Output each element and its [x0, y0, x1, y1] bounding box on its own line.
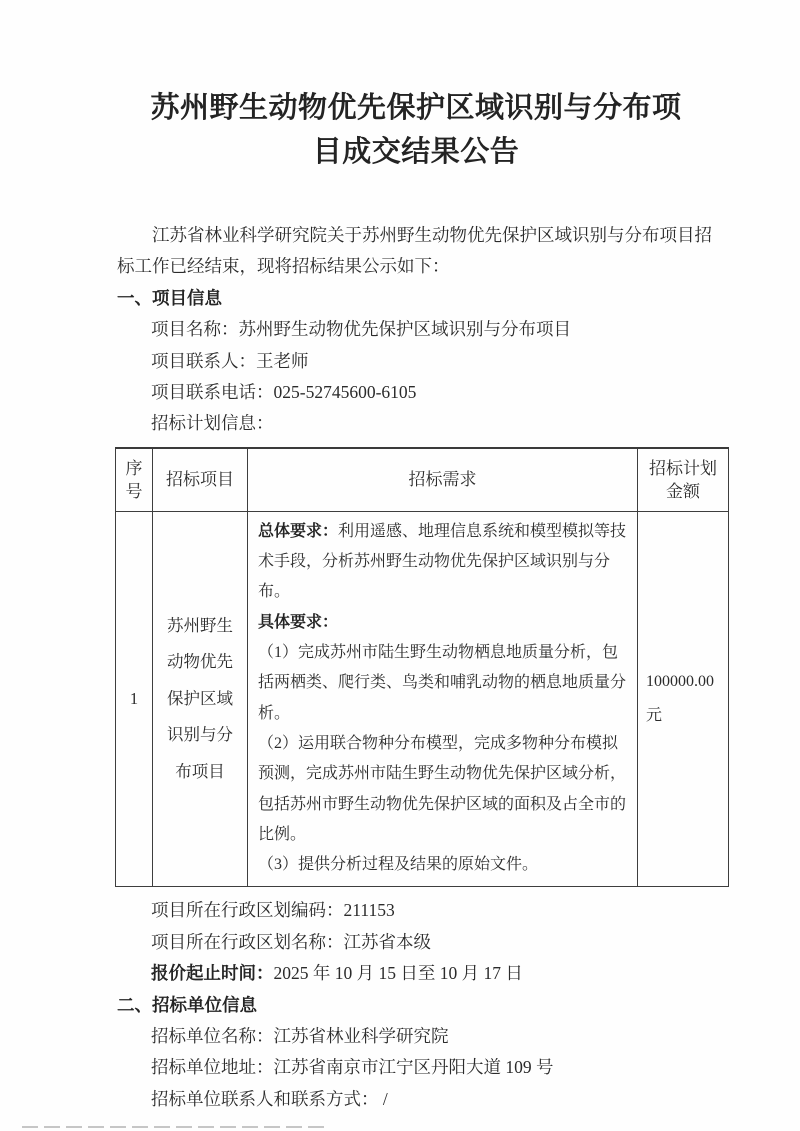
- table-header-amount: 招标计划金额: [638, 448, 729, 512]
- row-project-cell: 苏州野生动物优先保护区域识别与分布项目: [153, 511, 248, 887]
- bid-plan-table: 序号 招标项目 招标需求 招标计划金额 1 苏州野生动物优先保护区域识别与分布项…: [115, 447, 729, 888]
- scan-artifact-line: [22, 1126, 327, 1128]
- quote-deadline-line: 报价起止时间：2025 年 10 月 15 日至 10 月 17 日: [117, 958, 715, 989]
- table-header-row: 序号 招标项目 招标需求 招标计划金额: [116, 448, 729, 512]
- requirement-item-2: （2）运用联合物种分布模型，完成多物种分布模拟预测，完成苏州市陆生野生动物优先保…: [258, 729, 627, 850]
- requirement-general-label: 总体要求：: [258, 523, 338, 540]
- section1-heading: 一、项目信息: [117, 283, 715, 314]
- district-name-line: 项目所在行政区划名称：江苏省本级: [117, 927, 715, 958]
- requirement-specific-label: 具体要求：: [258, 614, 338, 631]
- table-header-seq: 序号: [116, 448, 153, 512]
- quote-deadline-text: 2025 年 10 月 15 日至 10 月 17 日: [274, 963, 523, 983]
- quote-deadline-label: 报价起止时间：: [151, 963, 274, 983]
- document-title: 苏州野生动物优先保护区域识别与分布项目成交结果公告: [149, 86, 683, 174]
- table-header-project: 招标项目: [153, 448, 248, 512]
- requirement-general: 总体要求：利用遥感、地理信息系统和模型模拟等技术手段，分析苏州野生动物优先保护区…: [258, 517, 627, 608]
- row-requirement-cell: 总体要求：利用遥感、地理信息系统和模型模拟等技术手段，分析苏州野生动物优先保护区…: [248, 511, 638, 887]
- row-amount-cell: 100000.00 元: [638, 511, 729, 887]
- org-name-line: 招标单位名称：江苏省林业科学研究院: [117, 1021, 715, 1052]
- org-contact-line: 招标单位联系人和联系方式： /: [117, 1084, 715, 1115]
- requirement-item-1: （1）完成苏州市陆生野生动物栖息地质量分析，包括两栖类、爬行类、鸟类和哺乳动物的…: [258, 638, 627, 729]
- project-phone-line: 项目联系电话：025-52745600-6105: [117, 377, 715, 408]
- table-row: 1 苏州野生动物优先保护区域识别与分布项目 总体要求：利用遥感、地理信息系统和模…: [116, 511, 729, 887]
- district-code-line: 项目所在行政区划编码：211153: [117, 895, 715, 926]
- requirement-item-3: （3）提供分析过程及结果的原始文件。: [258, 850, 627, 880]
- bid-plan-info-line: 招标计划信息：: [117, 408, 715, 439]
- intro-paragraph: 江苏省林业科学研究院关于苏州野生动物优先保护区域识别与分布项目招标工作已经结束，…: [117, 220, 715, 283]
- org-address-line: 招标单位地址：江苏省南京市江宁区丹阳大道 109 号: [117, 1052, 715, 1083]
- project-name-line: 项目名称：苏州野生动物优先保护区域识别与分布项目: [117, 314, 715, 345]
- section2-heading: 二、招标单位信息: [117, 990, 715, 1021]
- requirement-specific-label-line: 具体要求：: [258, 608, 627, 638]
- document-page: 苏州野生动物优先保护区域识别与分布项目成交结果公告 江苏省林业科学研究院关于苏州…: [0, 0, 800, 1131]
- row-seq-cell: 1: [116, 511, 153, 887]
- project-contact-line: 项目联系人：王老师: [117, 346, 715, 377]
- table-header-requirement: 招标需求: [248, 448, 638, 512]
- document-content: 苏州野生动物优先保护区域识别与分布项目成交结果公告 江苏省林业科学研究院关于苏州…: [117, 0, 715, 1115]
